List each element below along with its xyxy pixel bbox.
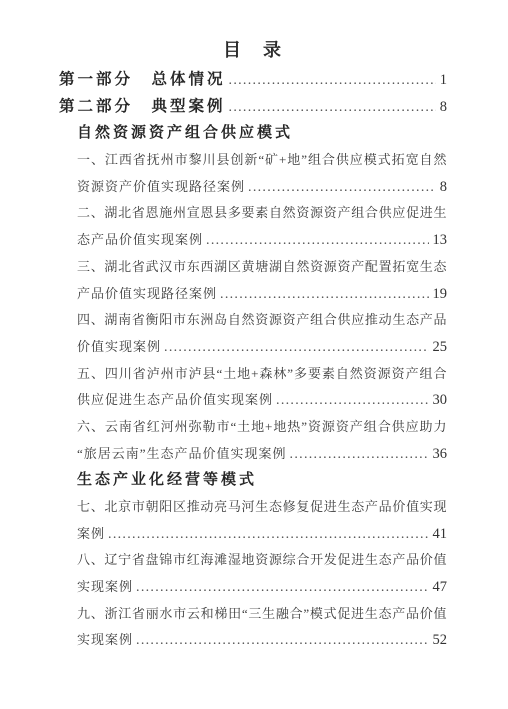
toc-row: 二、湖北省恩施州宣恩县多要素自然资源资产组合供应促进生: [59, 200, 447, 227]
page-number: 41: [431, 521, 448, 548]
toc-row-text: 供应促进生态产品价值实现案例: [77, 387, 273, 414]
toc-row: 态产品价值实现案例 13: [59, 227, 447, 254]
toc-row-text: 四、湖南省衡阳市东洲岛自然资源资产组合供应推动生态产品: [77, 307, 447, 334]
toc-row-text: “旅居云南”生态产品价值实现案例: [77, 441, 287, 468]
leader-dots: [276, 387, 428, 415]
toc-row-text: 九、浙江省丽水市云和梯田“三生融合”模式促进生态产品价值: [77, 601, 447, 628]
page-number: 47: [431, 574, 448, 601]
toc-row-text: 实现案例: [77, 574, 133, 601]
toc-row: 案例 41: [59, 521, 447, 548]
toc-row-text: 五、四川省泸州市泸县“土地+森林”多要素自然资源资产组合: [77, 361, 447, 388]
toc-row-text: 八、辽宁省盘锦市红海滩湿地资源综合开发促进生态产品价值: [77, 547, 447, 574]
toc-row: 实现案例 52: [59, 627, 447, 654]
page-number: 25: [431, 334, 448, 361]
page-title: 目 录: [59, 38, 447, 62]
toc-row-text: 自然资源资产组合供应模式: [77, 120, 293, 147]
toc-row: 价值实现案例 25: [59, 334, 447, 361]
toc-row: 五、四川省泸州市泸县“土地+森林”多要素自然资源资产组合: [59, 361, 447, 388]
toc-row-text: 第二部分 典型案例: [59, 94, 226, 121]
page-number: 8: [438, 94, 447, 121]
toc-row: 三、湖北省武汉市东西湖区黄塘湖自然资源资产配置拓宽生态: [59, 254, 447, 281]
toc-row: 四、湖南省衡阳市东洲岛自然资源资产组合供应推动生态产品: [59, 307, 447, 334]
toc-row: 八、辽宁省盘锦市红海滩湿地资源综合开发促进生态产品价值: [59, 547, 447, 574]
toc-row-text: 第一部分 总体情况: [59, 67, 226, 94]
toc-row-text: 六、云南省红河州弥勒市“土地+地热”资源资产组合供应助力: [77, 414, 447, 441]
toc-row: 资源资产价值实现路径案例 8: [59, 174, 447, 201]
toc-row: 实现案例 47: [59, 574, 447, 601]
page-number: 36: [431, 441, 448, 468]
toc-row-text: 实现案例: [77, 627, 133, 654]
toc-row-text: 生态产业化经营等模式: [77, 467, 257, 494]
toc-row: 七、北京市朝阳区推动亮马河生态修复促进生态产品价值实现: [59, 494, 447, 521]
toc: 第一部分 总体情况 1 第二部分 典型案例 8 自然资源资产组合供应模式 一、江…: [59, 67, 447, 654]
toc-row-text: 三、湖北省武汉市东西湖区黄塘湖自然资源资产配置拓宽生态: [77, 254, 447, 281]
toc-row-text: 产品价值实现路径案例: [77, 281, 217, 308]
page-number: 13: [431, 227, 448, 254]
toc-row-text: 一、江西省抚州市黎川县创新“矿+地”组合供应模式拓宽自然: [77, 147, 447, 174]
toc-row: “旅居云南”生态产品价值实现案例 36: [59, 441, 447, 468]
leader-dots: [248, 174, 436, 202]
toc-row: 供应促进生态产品价值实现案例 30: [59, 387, 447, 414]
toc-row-text: 七、北京市朝阳区推动亮马河生态修复促进生态产品价值实现: [77, 494, 447, 521]
toc-row: 第一部分 总体情况 1: [59, 67, 447, 94]
toc-row-text: 资源资产价值实现路径案例: [77, 174, 245, 201]
toc-row-text: 二、湖北省恩施州宣恩县多要素自然资源资产组合供应促进生: [77, 200, 447, 227]
leader-dots: [220, 281, 428, 309]
toc-row: 自然资源资产组合供应模式: [59, 120, 447, 147]
toc-row: 生态产业化经营等模式: [59, 467, 447, 494]
page-number: 1: [438, 67, 447, 94]
leader-dots: [136, 574, 428, 602]
toc-row: 第二部分 典型案例 8: [59, 94, 447, 121]
leader-dots: [108, 521, 428, 549]
leader-dots: [229, 94, 436, 122]
leader-dots: [229, 67, 436, 95]
toc-row-text: 案例: [77, 521, 105, 548]
toc-row: 九、浙江省丽水市云和梯田“三生融合”模式促进生态产品价值: [59, 601, 447, 628]
toc-row: 六、云南省红河州弥勒市“土地+地热”资源资产组合供应助力: [59, 414, 447, 441]
toc-row-text: 态产品价值实现案例: [77, 227, 203, 254]
page-number: 52: [431, 627, 448, 654]
leader-dots: [290, 441, 429, 469]
leader-dots: [164, 334, 428, 362]
toc-row-text: 价值实现案例: [77, 334, 161, 361]
toc-row: 产品价值实现路径案例 19: [59, 281, 447, 308]
leader-dots: [206, 227, 428, 255]
page-number: 8: [438, 174, 447, 201]
document-page: 目 录 第一部分 总体情况 1 第二部分 典型案例 8 自然资源资产组合供应模式…: [0, 0, 508, 709]
page-number: 19: [431, 281, 448, 308]
page-number: 30: [431, 387, 448, 414]
toc-row: 一、江西省抚州市黎川县创新“矿+地”组合供应模式拓宽自然: [59, 147, 447, 174]
leader-dots: [136, 627, 428, 655]
